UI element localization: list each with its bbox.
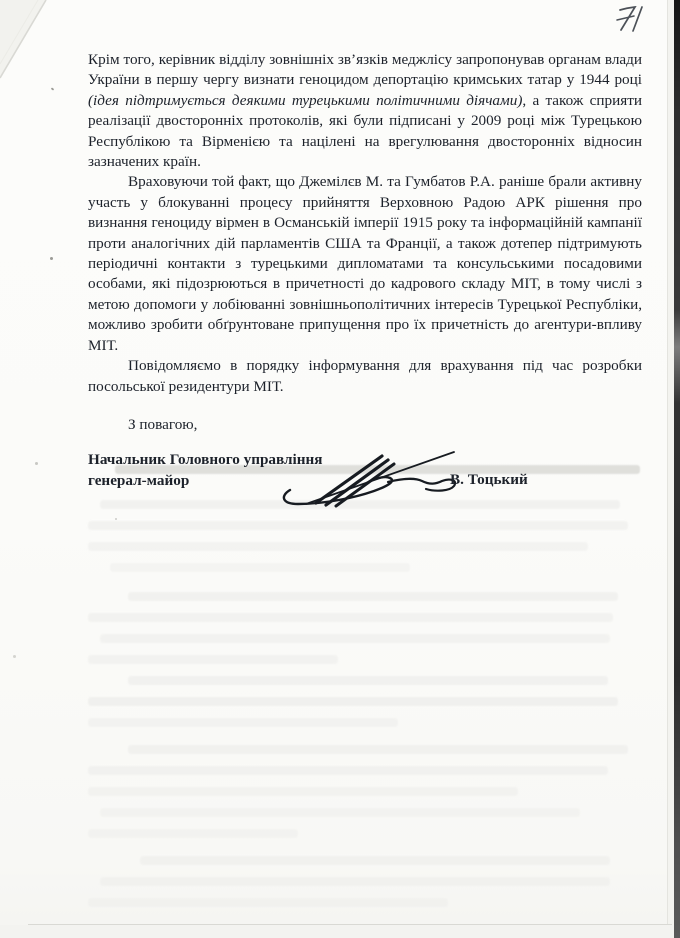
scanned-letter-page: 71 Крім того, керівник відділу зовнішніх… — [0, 0, 680, 938]
handwritten-page-number: 71 — [608, 2, 654, 34]
signature-scribble — [276, 448, 466, 510]
bottom-edge-shade — [0, 925, 674, 938]
paragraph-1-italic-note: (ідея підтримується деякими турецькими п… — [88, 92, 522, 109]
scan-speck — [35, 462, 38, 465]
paragraph-2: Враховуючи той факт, що Джемілєв М. та Г… — [88, 172, 642, 356]
scan-edge-shadow — [674, 0, 680, 938]
paragraph-1: Крім того, керівник відділу зовнішніх зв… — [88, 50, 642, 172]
scan-speck — [51, 87, 55, 90]
salutation: З повагою, — [88, 415, 642, 435]
scan-speck — [13, 655, 16, 658]
signer-name: В. Тоцький — [450, 470, 528, 490]
paragraph-3: Повідомляємо в порядку інформування для … — [88, 356, 642, 397]
paragraph-1-text: Крім того, керівник відділу зовнішніх зв… — [88, 51, 642, 88]
letter-body: Крім того, керівник відділу зовнішніх зв… — [88, 50, 642, 534]
scan-speck — [115, 518, 117, 520]
paper-edge-line — [667, 0, 668, 938]
signature-block: Начальник Головного управління генерал-м… — [88, 450, 642, 534]
scan-speck — [50, 257, 53, 260]
